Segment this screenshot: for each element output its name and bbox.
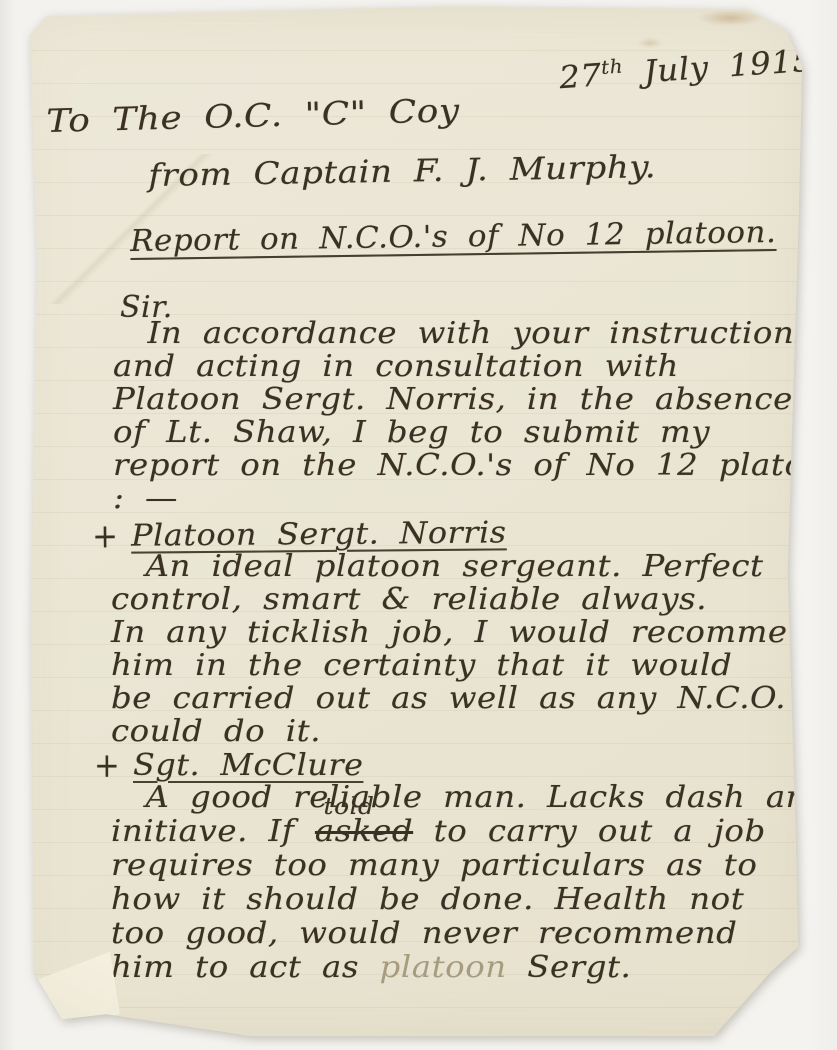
manuscript-line: how it should be done. Health not [111, 883, 828, 917]
section-title: Platoon Sergt. Norris [131, 515, 507, 553]
manuscript-line: of Lt. Shaw, I beg to submit my [113, 416, 837, 449]
manuscript-line-with-correction: initiave. If askedtold to carry out a jo… [111, 815, 828, 849]
manuscript-line: An ideal platoon sergeant. Perfect [111, 550, 830, 583]
pencil-word: platoon [380, 950, 507, 985]
manuscript-line: too good, would never recommend [111, 917, 828, 951]
section-title: Sgt. McClure [133, 748, 363, 783]
manuscript-line: In any ticklish job, I would recommend [111, 616, 830, 649]
inserted-word-above: told [324, 790, 375, 824]
paper-surface: 27th July 1915 To The O.C. "C" Coy from … [10, 4, 810, 1040]
margin-plus-mark: + [94, 745, 120, 784]
opening-paragraph: In accordance with your instructions and… [113, 317, 837, 515]
manuscript-line: and acting in consultation with [113, 350, 837, 383]
closing-line-post: Sergt. [507, 950, 632, 985]
manuscript-line: A good reliable man. Lacks dash and [111, 781, 828, 815]
manuscript-line-with-pencil: him to act as platoon Sergt. [111, 951, 828, 985]
manuscript-line: control, smart & reliable always. [111, 583, 830, 616]
manuscript-line: be carried out as well as any N.C.O. [111, 682, 830, 715]
manuscript-line: him in the certainty that it would [111, 649, 830, 682]
manuscript-line: Platoon Sergt. Norris, in the absence [113, 383, 837, 416]
scan-background: 27th July 1915 To The O.C. "C" Coy from … [0, 0, 837, 1050]
correction-group: askedtold [315, 815, 413, 849]
paper-fold-bottom-right [756, 968, 837, 1044]
closing-line-pre: him to act as [111, 950, 380, 985]
section-heading-mcclure: +Sgt. McClure [94, 748, 363, 783]
edit-line-post: to carry out a job [413, 814, 766, 849]
section-body-mcclure: A good reliable man. Lacks dash and init… [111, 781, 828, 985]
manuscript-line: : — [113, 482, 837, 515]
manuscript-line: requires too many particulars as to [111, 849, 828, 883]
paper-sheet: 27th July 1915 To The O.C. "C" Coy from … [0, 0, 837, 1050]
manuscript-line: report on the N.C.O.'s of No 12 platoon [113, 449, 837, 482]
section-body-norris: An ideal platoon sergeant. Perfect contr… [111, 550, 830, 748]
manuscript-line: could do it. [111, 715, 830, 748]
edit-line-pre: initiave. If [111, 814, 315, 849]
date-day: 27 [558, 57, 603, 96]
date-ordinal-suffix: th [600, 56, 623, 79]
manuscript-line: In accordance with your instructions [113, 317, 837, 350]
